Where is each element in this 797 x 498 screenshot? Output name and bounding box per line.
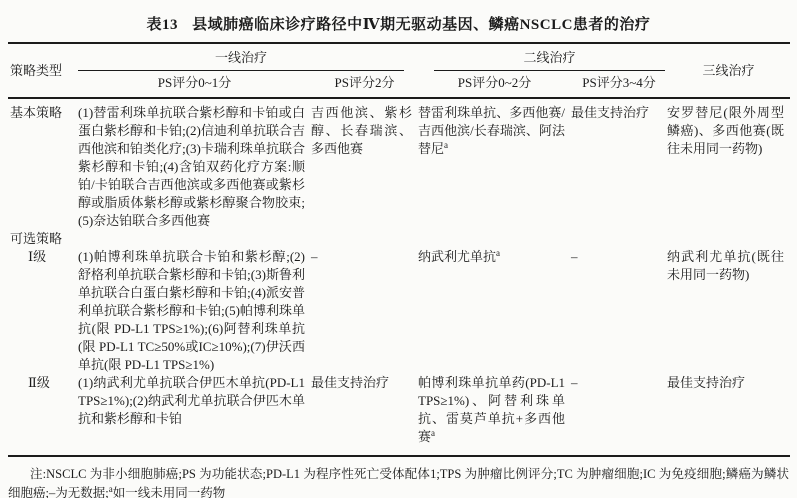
- header-ps-0-2: PS评分0~2分: [418, 71, 571, 98]
- row-label-level-1: Ⅰ级: [8, 248, 78, 374]
- cell-text: 替雷利珠单抗、多西他赛/吉西他滨/长春瑞滨、阿法替尼: [418, 105, 565, 156]
- row-level-2: Ⅱ级 (1)纳武利尤单抗联合伊匹木单抗(PD-L1 TPS≥1%);(2)纳武利…: [8, 374, 790, 456]
- row-optional-strategy-section: 可选策略: [8, 230, 790, 248]
- row-level-1: Ⅰ级 (1)帕博利珠单抗联合卡铂和紫杉醇;(2)舒格利单抗联合紫杉醇和卡铂;(3…: [8, 248, 790, 374]
- row-label-basic: 基本策略: [8, 98, 78, 230]
- footnote-marker: a: [496, 248, 500, 258]
- header-ps-3-4: PS评分3~4分: [571, 71, 667, 98]
- cell-level1-firstline-ps2: –: [311, 248, 418, 374]
- cell-level2-firstline-ps2: 最佳支持治疗: [311, 374, 418, 456]
- footnote-marker: a: [444, 140, 448, 150]
- cell-level2-firstline-ps01: (1)纳武利尤单抗联合伊匹木单抗(PD-L1 TPS≥1%);(2)纳武利尤单抗…: [78, 374, 311, 456]
- cell-basic-thirdline: 安罗替尼(限外周型鳞癌)、多西他赛(既往未用同一药物): [667, 98, 790, 230]
- header-third-line: 三线治疗: [667, 43, 790, 98]
- cell-text: 纳武利尤单抗: [418, 249, 496, 264]
- cell-level2-thirdline: 最佳支持治疗: [667, 374, 790, 456]
- header-first-line-group: 一线治疗: [78, 43, 418, 71]
- header-ps-2: PS评分2分: [311, 71, 418, 98]
- row-basic-strategy: 基本策略 (1)替雷利珠单抗联合紫杉醇和卡铂或白蛋白紫杉醇和卡铂;(2)信迪利单…: [8, 98, 790, 230]
- table-footnote: 注:NSCLC 为非小细胞肺癌;PS 为功能状态;PD-L1 为程序性死亡受体配…: [8, 457, 789, 498]
- footnote-marker: a: [431, 428, 435, 438]
- document-page: 表13县域肺癌临床诊疗路径中Ⅳ期无驱动基因、鳞癌NSCLC患者的治疗 策略类型 …: [0, 0, 797, 498]
- cell-basic-firstline-ps01: (1)替雷利珠单抗联合紫杉醇和卡铂或白蛋白紫杉醇和卡铂;(2)信迪利单抗联合吉西…: [78, 98, 311, 230]
- table-header: 策略类型 一线治疗 二线治疗 三线治疗 PS评分0~1分 PS评分2分 PS评分…: [8, 43, 790, 98]
- header-ps-0-1: PS评分0~1分: [78, 71, 311, 98]
- cell-level2-secondline-ps02: 帕博利珠单抗单药(PD-L1 TPS≥1%)、阿替利珠单抗、雷莫芦单抗+多西他赛…: [418, 374, 571, 456]
- cell-level1-secondline-ps34: –: [571, 248, 667, 374]
- header-second-line-label: 二线治疗: [434, 49, 665, 71]
- header-second-line-group: 二线治疗: [418, 43, 667, 71]
- cell-basic-secondline-ps02: 替雷利珠单抗、多西他赛/吉西他滨/长春瑞滨、阿法替尼a: [418, 98, 571, 230]
- table-caption: 县域肺癌临床诊疗路径中Ⅳ期无驱动基因、鳞癌NSCLC患者的治疗: [192, 17, 650, 33]
- header-strategy-type: 策略类型: [8, 43, 78, 98]
- cell-level2-secondline-ps34: –: [571, 374, 667, 456]
- cell-basic-secondline-ps34: 最佳支持治疗: [571, 98, 667, 230]
- cell-level1-firstline-ps01: (1)帕博利珠单抗联合卡铂和紫杉醇;(2)舒格利单抗联合紫杉醇和卡铂;(3)斯鲁…: [78, 248, 311, 374]
- row-label-level-2: Ⅱ级: [8, 374, 78, 456]
- cell-level1-secondline-ps02: 纳武利尤单抗a: [418, 248, 571, 374]
- row-label-optional: 可选策略: [8, 230, 78, 248]
- footnote-text-2: 如一线未用同一药物: [113, 486, 226, 498]
- cell-level1-thirdline: 纳武利尤单抗(既往未用同一药物): [667, 248, 790, 374]
- table-number: 表13: [147, 17, 179, 33]
- cell-text: 帕博利珠单抗单药(PD-L1 TPS≥1%)、阿替利珠单抗、雷莫芦单抗+多西他赛: [418, 375, 565, 444]
- table-title: 表13县域肺癌临床诊疗路径中Ⅳ期无驱动基因、鳞癌NSCLC患者的治疗: [8, 0, 789, 42]
- cell-basic-firstline-ps2: 吉西他滨、紫杉醇、长春瑞滨、多西他赛: [311, 98, 418, 230]
- treatment-table: 策略类型 一线治疗 二线治疗 三线治疗 PS评分0~1分 PS评分2分 PS评分…: [8, 42, 790, 457]
- empty-cell: [78, 230, 790, 248]
- header-first-line-label: 一线治疗: [78, 49, 404, 71]
